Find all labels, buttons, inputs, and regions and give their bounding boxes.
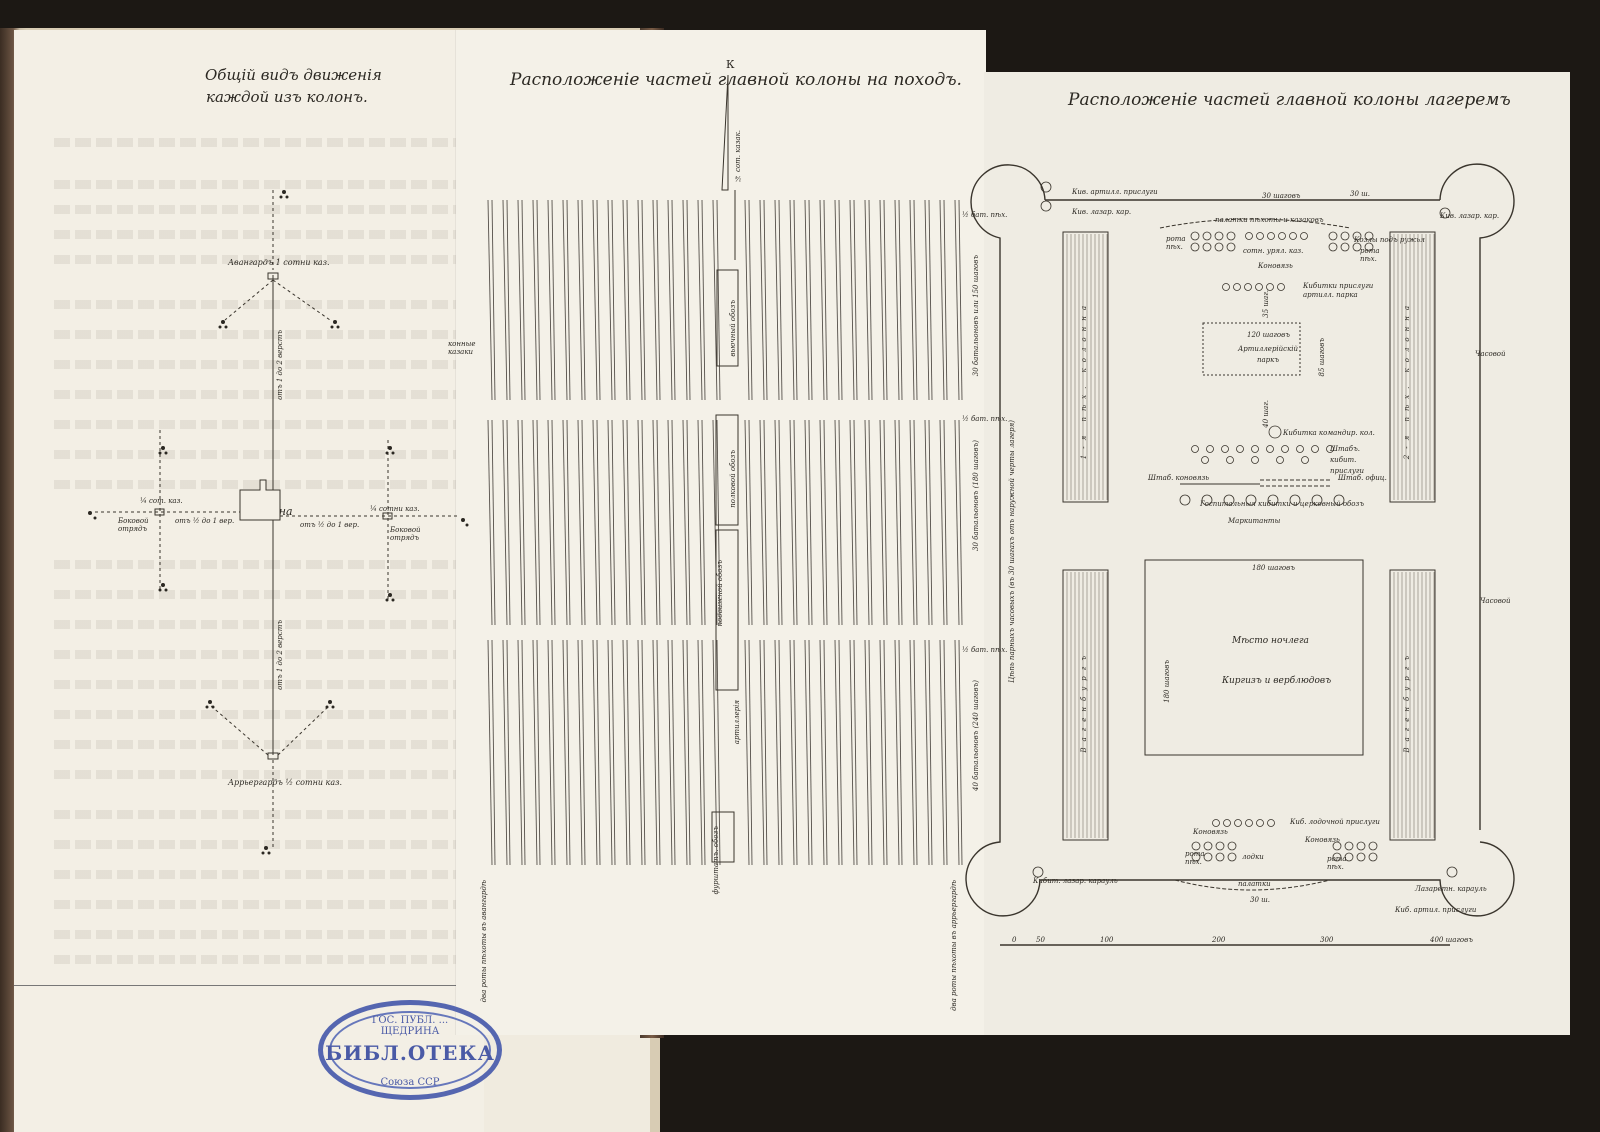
stamp-bottom-text: Союза ССР [323,1077,497,1088]
library-stamp: ГОС. ПУБЛ. ... ЩЕДРИНА БИБЛ.ОТЕКА Союза … [318,1000,502,1100]
stamp-main-text: БИБЛ.ОТЕКА [323,1041,497,1065]
plate-line-art [0,0,1600,1132]
stamp-top-text: ГОС. ПУБЛ. ... ЩЕДРИНА [343,1015,477,1037]
